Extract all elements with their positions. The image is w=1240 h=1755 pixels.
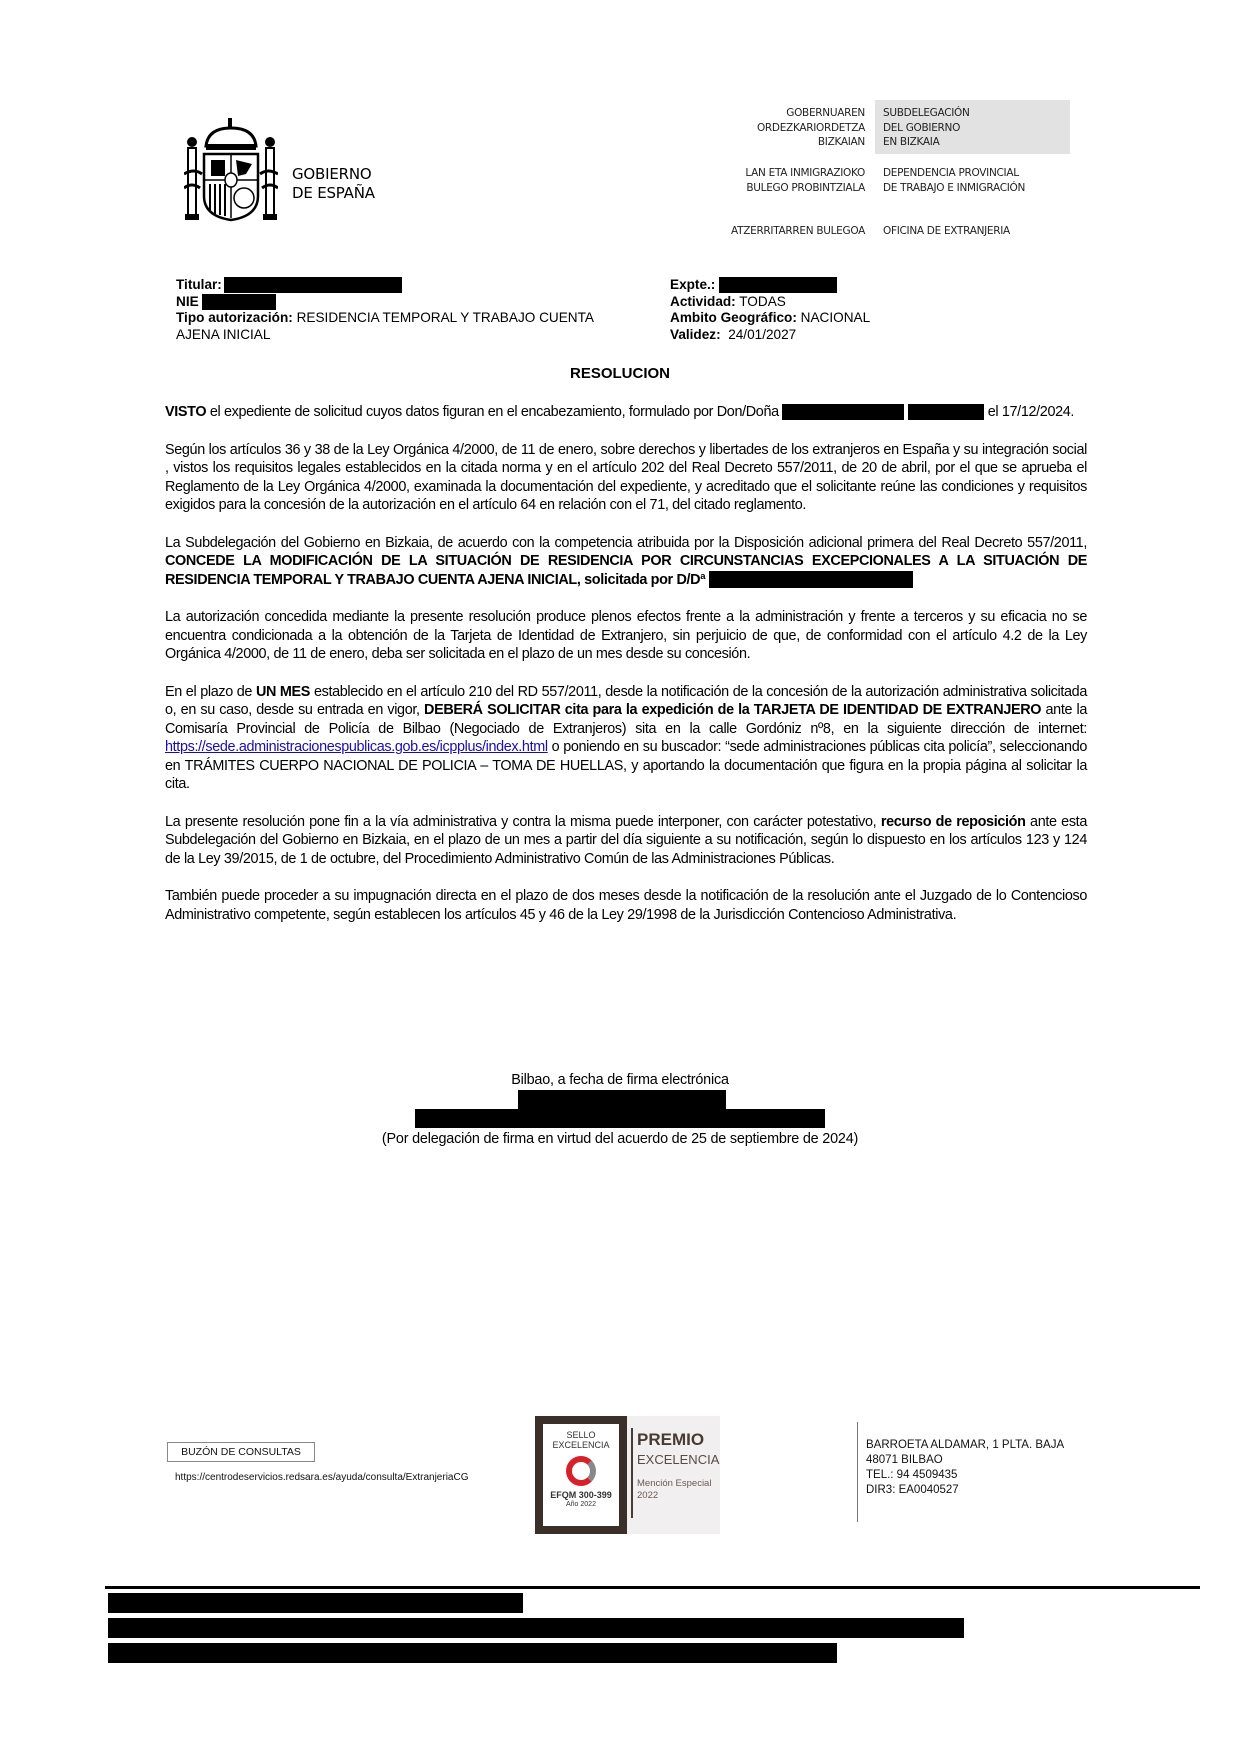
office-basque-dependencia: LAN ETA INMIGRAZIOKO BULEGO PROBINTZIALA	[745, 166, 865, 195]
efqm-q-icon	[566, 1456, 596, 1486]
address-line: BARROETA ALDAMAR, 1 PLTA. BAJA	[866, 1438, 1064, 1453]
paragraph-appeal: La presente resolución pone fin a la vía…	[165, 813, 1087, 869]
ambito-value: NACIONAL	[801, 310, 871, 325]
redacted-titular	[224, 277, 402, 293]
office-line: OFICINA DE EXTRANJERIA	[883, 224, 1010, 239]
office-line: ORDEZKARIORDETZA	[757, 121, 865, 136]
redacted-nie	[202, 294, 276, 310]
actividad-label: Actividad:	[670, 294, 736, 309]
paragraph-legal-basis: Según los artículos 36 y 38 de la Ley Or…	[165, 441, 1087, 515]
premio-year: 2022	[637, 1490, 658, 1501]
address-line: DIR3: EA0040527	[866, 1483, 1064, 1498]
office-line: DEPENDENCIA PROVINCIAL	[883, 166, 1025, 181]
address-line: TEL.: 94 4509435	[866, 1468, 1064, 1483]
office-spanish-subdelegacion: SUBDELEGACIÓN DEL GOBIERNO EN BIZKAIA	[875, 100, 1070, 154]
office-basque-extranjeria: ATZERRITARREN BULEGOA	[731, 224, 865, 239]
redacted-footer-line	[108, 1643, 837, 1663]
tie-text: En el plazo de	[165, 684, 256, 700]
concession-text: La Subdelegación del Gobierno en Bizkaia…	[165, 535, 1087, 551]
office-line: LAN ETA INMIGRAZIOKO	[745, 166, 865, 181]
paragraph-visto: VISTO el expediente de solicitud cuyos d…	[165, 403, 1087, 422]
tipo-value-cont: AJENA INICIAL	[176, 327, 646, 344]
redacted-applicant	[709, 571, 913, 588]
office-basque-subdelegacion: GOBERNUAREN ORDEZKARIORDETZA BIZKAIAN	[757, 106, 865, 150]
address-divider	[857, 1422, 858, 1522]
office-address: BARROETA ALDAMAR, 1 PLTA. BAJA 48071 BIL…	[866, 1438, 1064, 1498]
tipo-label: Tipo autorización:	[176, 310, 293, 325]
seal-text: SELLO	[543, 1430, 619, 1440]
office-spanish-dependencia: DEPENDENCIA PROVINCIAL DE TRABAJO E INMI…	[883, 166, 1025, 195]
premio-subtitle: EXCELENCIA	[637, 1452, 719, 1467]
seal-efqm: EFQM 300-399	[543, 1490, 619, 1500]
cita-previa-link[interactable]: https://sede.administracionespublicas.go…	[165, 739, 548, 755]
redacted-signer-name	[518, 1090, 726, 1109]
government-name: GOBIERNO DE ESPAÑA	[292, 165, 375, 203]
redacted-expte	[719, 277, 837, 293]
redacted-applicant-name	[782, 404, 904, 420]
resolution-body: VISTO el expediente de solicitud cuyos d…	[165, 403, 1087, 943]
tie-bold: DEBERÁ SOLICITAR cita para la expedición…	[424, 702, 1041, 718]
office-line: BULEGO PROBINTZIALA	[745, 181, 865, 196]
coat-of-arms-icon	[184, 118, 278, 224]
buzon-consultas-button[interactable]: BUZÓN DE CONSULTAS	[167, 1442, 315, 1462]
office-line: GOBERNUAREN	[757, 106, 865, 121]
expte-label: Expte.:	[670, 277, 715, 292]
office-line: SUBDELEGACIÓN	[883, 106, 1070, 121]
paragraph-concession: La Subdelegación del Gobierno en Bizkaia…	[165, 534, 1087, 590]
excellence-seal: SELLO EXCELENCIA EFQM 300-399 Año 2022 P…	[535, 1416, 720, 1534]
redacted-footer-line	[108, 1593, 523, 1613]
tipo-row: Tipo autorización: RESIDENCIA TEMPORAL Y…	[176, 310, 646, 327]
signature-place: Bilbao, a fecha de firma electrónica	[0, 1071, 1240, 1089]
footer-rule	[105, 1586, 1200, 1589]
concession-bold: CONCEDE LA MODIFICACIÓN DE LA SITUACIÓN …	[165, 553, 1087, 588]
redacted-footer-line	[108, 1618, 964, 1638]
actividad-value: TODAS	[739, 294, 786, 309]
seal-inner: SELLO EXCELENCIA EFQM 300-399 Año 2022	[543, 1424, 619, 1526]
ambito-label: Ambito Geográfico:	[670, 310, 797, 325]
file-meta: Expte.: Actividad: TODAS Ambito Geográfi…	[670, 277, 1090, 343]
paragraph-effects: La autorización concedida mediante la pr…	[165, 608, 1087, 664]
office-line: BIZKAIAN	[757, 135, 865, 150]
paragraph-judicial: También puede proceder a su impugnación …	[165, 887, 1087, 924]
seal-frame: SELLO EXCELENCIA EFQM 300-399 Año 2022	[535, 1416, 627, 1534]
office-line: ATZERRITARREN BULEGOA	[731, 224, 865, 239]
titular-row: Titular:	[176, 277, 646, 294]
office-spanish-extranjeria: OFICINA DE EXTRANJERIA	[883, 224, 1010, 239]
ambito-row: Ambito Geográfico: NACIONAL	[670, 310, 1090, 327]
actividad-row: Actividad: TODAS	[670, 294, 1090, 311]
premio-divider	[631, 1428, 633, 1518]
validez-value: 24/01/2027	[728, 327, 796, 342]
nie-row: NIE	[176, 294, 646, 311]
delegation-note: (Por delegación de firma en virtud del a…	[0, 1130, 1240, 1148]
visto-date: el 17/12/2024.	[984, 404, 1074, 420]
tipo-value: RESIDENCIA TEMPORAL Y TRABAJO CUENTA	[297, 310, 594, 325]
government-name-line: DE ESPAÑA	[292, 184, 375, 203]
buzon-consultas-url[interactable]: https://centrodeservicios.redsara.es/ayu…	[175, 1472, 468, 1483]
seal-text: EXCELENCIA	[543, 1440, 619, 1450]
expte-row: Expte.:	[670, 277, 1090, 294]
address-line: 48071 BILBAO	[866, 1453, 1064, 1468]
appeal-text: La presente resolución pone fin a la vía…	[165, 814, 881, 830]
tie-bold: UN MES	[256, 684, 310, 700]
premio-title: PREMIO	[637, 1430, 704, 1450]
document-title: RESOLUCION	[0, 365, 1240, 382]
appeal-bold: recurso de reposición	[881, 814, 1026, 830]
redacted-applicant-name-cont	[908, 404, 984, 420]
premio-panel: PREMIO EXCELENCIA Mención Especial 2022	[627, 1416, 720, 1534]
redacted-signer-title	[415, 1109, 825, 1128]
visto-text: el expediente de solicitud cuyos datos f…	[206, 404, 782, 420]
visto-lead: VISTO	[165, 404, 206, 420]
office-line: DE TRABAJO E INMIGRACIÓN	[883, 181, 1025, 196]
office-line: DEL GOBIERNO	[883, 121, 1070, 136]
government-name-line: GOBIERNO	[292, 165, 375, 184]
titular-label: Titular:	[176, 277, 222, 292]
seal-year: Año 2022	[543, 1500, 619, 1510]
nie-label: NIE	[176, 294, 199, 309]
validez-label: Validez:	[670, 327, 721, 342]
validez-row: Validez: 24/01/2027	[670, 327, 1090, 344]
applicant-meta: Titular: NIE Tipo autorización: RESIDENC…	[176, 277, 646, 343]
paragraph-tie-appointment: En el plazo de UN MES establecido en el …	[165, 683, 1087, 794]
premio-mencion: Mención Especial	[637, 1478, 711, 1489]
office-line: EN BIZKAIA	[883, 135, 1070, 150]
